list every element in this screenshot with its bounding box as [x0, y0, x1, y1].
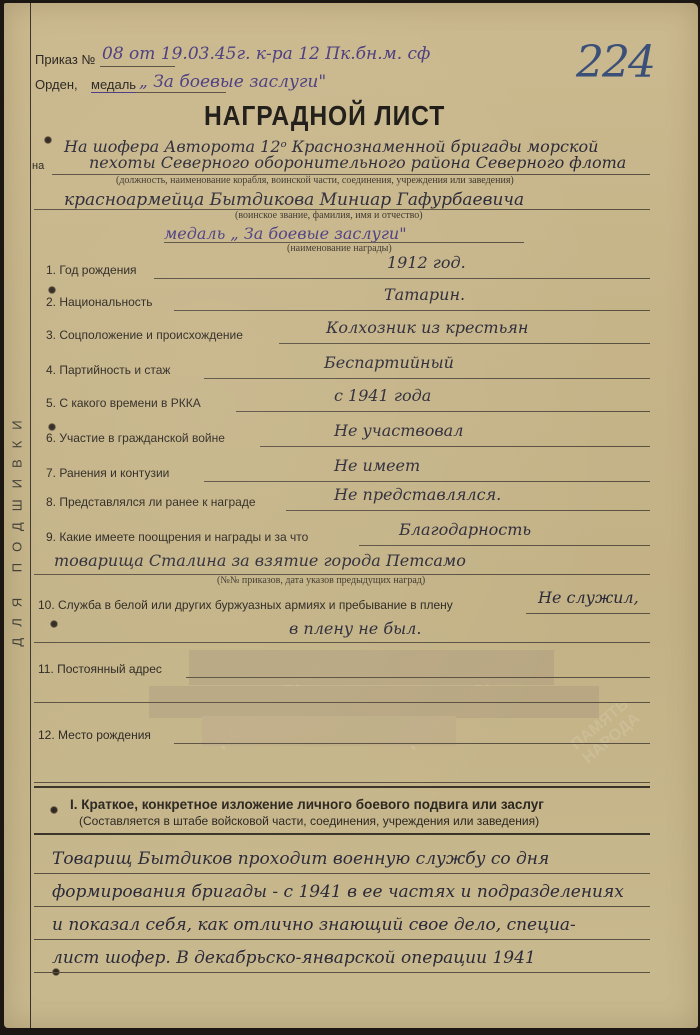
field-value-3: Колхозник из крестьян [326, 318, 528, 337]
field-underline-2-10 [34, 642, 650, 643]
order-value: 08 от 19.03.45г. к-ра 12 Пк.бн.м. сф [102, 44, 430, 64]
field-caption-9: (№№ приказов, дата указов предыдущих наг… [217, 575, 425, 586]
position-caption: (должность, наименование корабля, воинск… [116, 175, 514, 186]
field-underline-8 [286, 510, 650, 511]
field-value-line-2-10: в плену не был. [289, 619, 421, 638]
award-label: медаль [91, 77, 136, 93]
position-line-2: пехоты Северного оборонительного района … [89, 153, 626, 172]
punch-hole [50, 806, 58, 814]
field-value-8: Не представлялся. [334, 485, 501, 504]
field-label-6: 6. Участие в гражданской войне [46, 431, 225, 445]
field-underline-7 [204, 481, 650, 482]
punch-hole [48, 423, 56, 431]
page-title: НАГРАДНОЙ ЛИСТ [204, 100, 445, 132]
award-caption: (наименование награды) [287, 243, 392, 254]
field-underline-4 [204, 378, 650, 379]
section-top-rule [34, 786, 650, 788]
field-value-7: Не имеет [334, 456, 420, 475]
narrative-line: и показал себя, как отлично знающий свое… [52, 915, 576, 935]
redacted-address [189, 650, 554, 685]
field-value-1: 1912 год. [387, 253, 466, 272]
punch-hole [48, 286, 56, 294]
award-value: „ За боевые заслуги" [139, 72, 326, 92]
field-underline-1 [154, 278, 650, 279]
field-value-2: Татарин. [384, 285, 465, 304]
field-underline-10 [526, 613, 650, 614]
field-label-11: 11. Постоянный адрес [38, 662, 162, 676]
nominee-name: красноармейца Бытдикова Миниар Гафурбаев… [64, 190, 524, 210]
na-label: на [32, 160, 44, 172]
narrative-line: формирования бригады - с 1941 в ее частя… [52, 882, 624, 902]
punch-hole [44, 136, 52, 144]
order-underline [100, 66, 175, 67]
order-label: Приказ № [35, 52, 95, 67]
field-value-4: Беспартийный [324, 353, 454, 372]
field-label-9: 9. Какие имеете поощрения и награды и за… [46, 530, 308, 544]
field-underline-12 [174, 743, 650, 744]
archive-number: 224 [576, 37, 654, 88]
name-caption: (воинское звание, фамилия, имя и отчеств… [235, 210, 423, 221]
section-title: I. Краткое, конкретное изложение личного… [70, 797, 544, 812]
field-underline-2-11 [34, 702, 650, 703]
narrative-rule [34, 972, 650, 973]
section-subtitle: (Составляется в штабе войсковой части, с… [79, 814, 539, 828]
field-label-7: 7. Ранения и контузии [46, 466, 169, 480]
field-label-3: 3. Соцположение и происхождение [46, 328, 243, 342]
field-value-6: Не участвовал [334, 421, 463, 440]
field-underline-6 [260, 446, 650, 447]
field-underline-11 [186, 677, 650, 678]
field-underline-2 [174, 310, 650, 311]
field-value-9: Благодарность [399, 520, 531, 539]
field-label-2: 2. Национальность [46, 295, 153, 309]
award-sheet-page: ПАМЯТЬ НАРОДА ПАМЯТЬ НАРОДА ПАМЯТЬ НАРОД… [4, 3, 698, 1028]
field-label-5: 5. С какого времени в РККА [46, 396, 201, 410]
award-name: медаль „ За боевые заслуги" [164, 224, 407, 243]
binding-strip: ДЛЯ ПОДШИВКИ [4, 3, 31, 1028]
field-label-1: 1. Год рождения [46, 263, 137, 277]
award-underline [136, 92, 226, 93]
field-label-12: 12. Место рождения [38, 728, 151, 742]
field-value-10: Не служил, [538, 588, 639, 607]
narrative-rule [34, 906, 650, 907]
narrative-rule [34, 873, 650, 874]
narrative-line: лист шофер. В декабрьско-январской опера… [52, 948, 536, 968]
field-label-10: 10. Служба в белой или других буржуазных… [38, 598, 453, 612]
field-label-8: 8. Представлялся ли ранее к награде [46, 495, 256, 509]
narrative-rule [34, 939, 650, 940]
award-label-prefix: Орден, [35, 77, 78, 92]
field-value-5: с 1941 года [334, 386, 431, 405]
field-underline-9 [359, 545, 650, 546]
redacted-birthplace [202, 716, 456, 746]
punch-hole [50, 620, 58, 628]
narrative-line: Товарищ Бытдиков проходит военную службу… [52, 849, 549, 869]
field-underline-2-12 [34, 782, 650, 783]
field-label-4: 4. Партийность и стаж [46, 363, 170, 377]
section-bottom-rule [34, 833, 650, 835]
field-underline-5 [236, 411, 650, 412]
field-value-line-2-9: товарища Сталина за взятие города Петсам… [54, 551, 466, 570]
binding-strip-text: ДЛЯ ПОДШИВКИ [10, 409, 25, 646]
field-underline-3 [279, 343, 650, 344]
